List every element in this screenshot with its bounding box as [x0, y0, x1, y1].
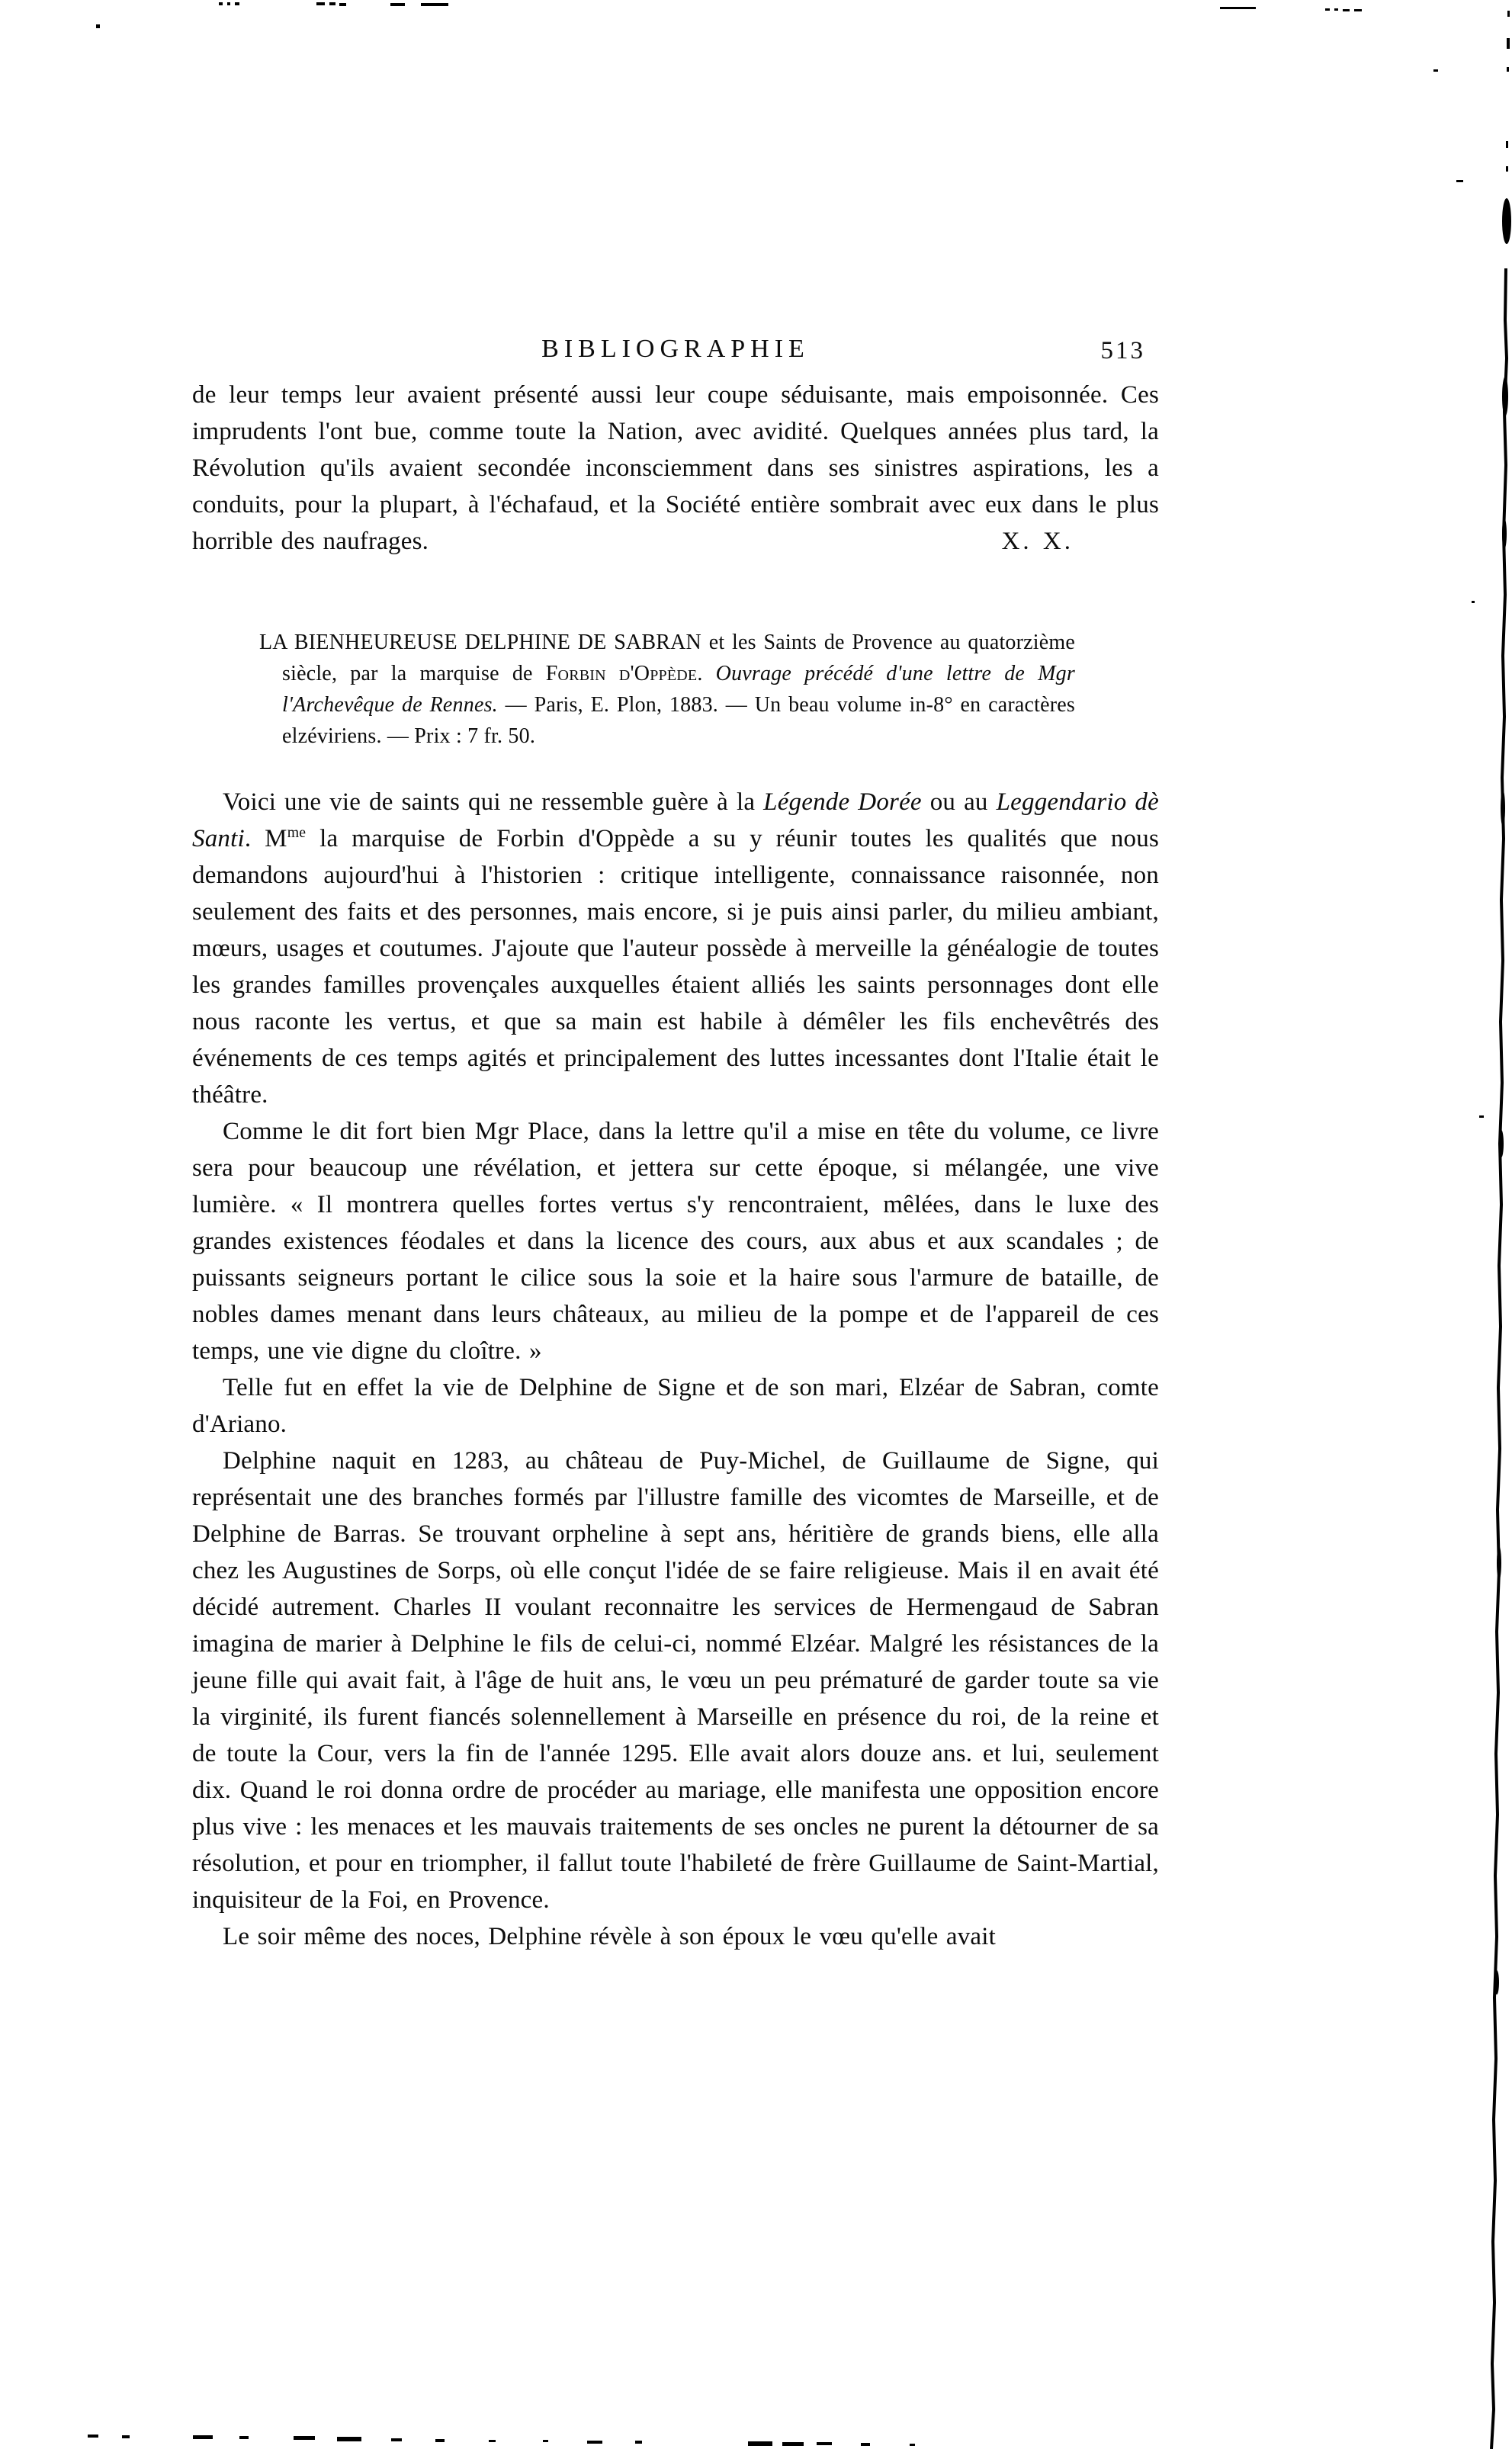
bottom-edge-mark: [748, 2441, 772, 2446]
top-edge-mark: [1343, 9, 1350, 11]
top-edge-mark: [1334, 8, 1338, 11]
bottom-edge-mark: [88, 2435, 98, 2438]
page-title: BIBLIOGRAPHIE: [192, 332, 1159, 366]
top-edge-mark: [316, 2, 325, 5]
top-edge-mark: [390, 3, 405, 6]
paragraph-delphine-biography: Delphine naquit en 1283, au château de P…: [192, 1443, 1159, 1918]
top-edge-mark: [1325, 8, 1330, 11]
entry-text: .: [697, 662, 715, 685]
paragraph-text: la marquise de Forbin d'Oppède a su y ré…: [192, 825, 1159, 1109]
entry-author: Forbin d'Oppède: [546, 662, 698, 685]
bottom-edge-mark: [817, 2442, 832, 2445]
ink-speck: [1456, 180, 1463, 182]
paragraph-continuation: de leur temps leur avaient présenté auss…: [192, 377, 1159, 560]
paragraph-text: . M: [245, 825, 287, 852]
page-number: 513: [1101, 334, 1146, 368]
superscript-abbreviation: me: [287, 824, 307, 841]
bottom-edge-mark: [782, 2442, 804, 2446]
bottom-edge-mark: [435, 2439, 445, 2442]
bottom-edge-mark: [861, 2443, 870, 2446]
bibliographic-entry: LA BIENHEUREUSE DELPHINE DE SABRAN et le…: [259, 627, 1075, 752]
bottom-edge-mark: [543, 2440, 548, 2442]
top-edge-mark: [421, 3, 448, 6]
bottom-edge-mark: [337, 2437, 361, 2441]
top-edge-mark: [219, 2, 223, 5]
bottom-edge-mark: [239, 2436, 249, 2439]
text-column: BIBLIOGRAPHIE 513 de leur temps leur ava…: [192, 332, 1159, 1955]
top-edge-mark: [329, 2, 335, 5]
top-edge-mark: [1354, 9, 1362, 11]
gutter-shadow-line: [1478, 0, 1512, 2449]
bottom-edge-mark: [122, 2435, 130, 2438]
bottom-edge-mark: [587, 2441, 602, 2444]
ink-speck: [1472, 601, 1475, 603]
ink-speck: [96, 24, 100, 28]
top-edge-mark: [235, 2, 239, 5]
bottom-edge-mark: [910, 2444, 915, 2446]
paragraph-review-intro: Voici une vie de saints qui ne ressemble…: [192, 784, 1159, 1113]
paragraph-wedding-night: Le soir même des noces, Delphine révèle …: [192, 1918, 1159, 1955]
paragraph-text: ou au: [922, 788, 997, 816]
scanned-book-page: BIBLIOGRAPHIE 513 de leur temps leur ava…: [0, 0, 1512, 2449]
bottom-edge-mark: [294, 2436, 315, 2440]
bottom-edge-mark: [489, 2440, 496, 2442]
paragraph-quote-mgr-place: Comme le dit fort bien Mgr Place, dans l…: [192, 1113, 1159, 1369]
reviewer-signature: X. X.: [1002, 523, 1074, 560]
entry-title: LA BIENHEUREUSE DELPHINE DE SABRAN: [259, 631, 701, 654]
top-edge-mark: [227, 2, 230, 5]
bottom-edge-mark: [193, 2435, 213, 2439]
cited-work-title: Légende Dorée: [763, 788, 922, 816]
top-edge-mark: [1220, 7, 1256, 9]
paragraph-text: Voici une vie de saints qui ne ressemble…: [223, 788, 763, 816]
paragraph-delphine-summary: Telle fut en effet la vie de Delphine de…: [192, 1369, 1159, 1443]
top-edge-mark: [339, 3, 346, 6]
bottom-edge-mark: [391, 2438, 402, 2441]
ink-speck: [1433, 69, 1438, 72]
running-head: BIBLIOGRAPHIE 513: [192, 332, 1159, 372]
bottom-edge-mark: [635, 2441, 642, 2444]
